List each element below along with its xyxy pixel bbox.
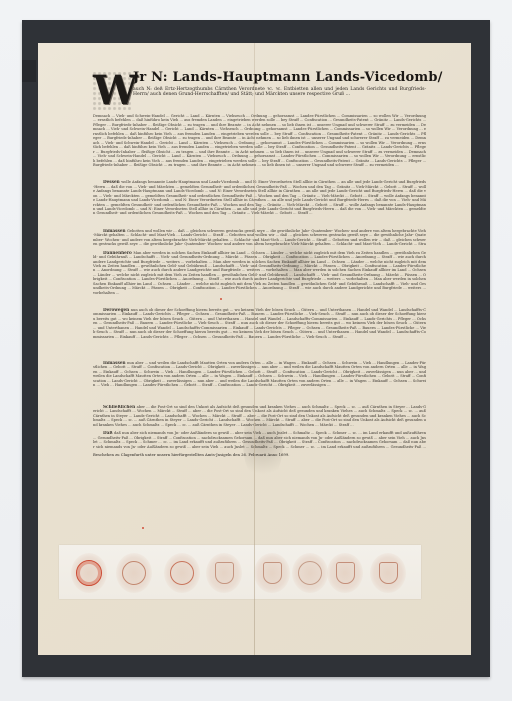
coat-of-arms-icon (76, 560, 102, 586)
decree-paragraph: Inmassen Gebotten und wollen wir ... daß… (93, 229, 426, 247)
wax-seal (327, 553, 363, 593)
coat-of-arms-icon (170, 561, 194, 585)
decree-paragraph: Dannenhero Man aber werden in solchen Sa… (93, 251, 426, 304)
decree-paragraph: Daß daß nun aber sich niemands von Jn- o… (93, 431, 426, 449)
wax-seal (116, 553, 152, 593)
date-line: Beschehen zu Clagenfurth unter unsern hi… (93, 453, 426, 458)
coat-of-arms-icon (379, 562, 398, 584)
paragraph-lead-word: Dannenhero (103, 251, 133, 255)
paragraph-text: Demnach ... Vieh- und Schwein-Handel ...… (93, 114, 426, 167)
wax-seal (254, 553, 290, 593)
decree-text: W Jr N: Lands-Hauptmann Lands-Vicedomb/ … (93, 72, 426, 458)
ink-fleck (142, 527, 144, 529)
coat-of-arms-icon (215, 562, 234, 584)
paragraph-lead-word: Derowegen (103, 308, 131, 312)
paragraph-text: daß nun aber sich niemands von Jn- oder … (93, 431, 426, 449)
decree-paragraph: Dessen wolle Anfangs benannte Lands-Haup… (93, 180, 426, 225)
ornamental-initial: W (93, 72, 131, 110)
decree-subtitle: auch N: deß Ertz-Hertzogthumbs Cärnthen … (133, 87, 426, 97)
coat-of-arms-icon (298, 561, 322, 585)
decree-title: Jr N: Lands-Hauptmann Lands-Vicedomb/ (133, 70, 428, 85)
wax-seal (71, 553, 107, 593)
paragraph-text: nun auch ob dieser der Schoeffung hierzu… (93, 308, 426, 339)
paragraph-lead-word: Inmassen (103, 229, 127, 233)
paragraph-text: aber ... die Post-Ort so sind den Unkost… (93, 405, 426, 427)
decree-sheet: W Jr N: Lands-Hauptmann Lands-Vicedomb/ … (38, 43, 471, 655)
coat-of-arms-icon (122, 561, 146, 585)
coat-of-arms-icon (336, 562, 355, 584)
decree-paragraph: Schließlichen aber ... die Post-Ort so s… (93, 405, 426, 427)
wax-seal (164, 553, 200, 593)
paragraph-text: Gebotten und wollen wir ... daß ... glei… (93, 229, 426, 247)
paragraph-text: Man aber werden in solchen Sachen Einkau… (93, 251, 426, 295)
wax-seal (206, 553, 242, 593)
wax-seal (292, 553, 328, 593)
paragraph-lead-word: Inmassen (103, 361, 127, 365)
wax-seal (370, 553, 406, 593)
paragraph-lead-word: Schließlichen (103, 405, 137, 409)
decree-paragraph: Derowegen nun auch ob dieser der Schoeff… (93, 308, 426, 357)
decree-paragraph: Demnach ... Vieh- und Schwein-Handel ...… (93, 114, 426, 176)
paragraph-lead-word: Dessen (103, 180, 121, 184)
decree-paragraph: Inmassen nun aber ... und weilen die Lan… (93, 361, 426, 401)
decree-body: Demnach ... Vieh- und Schwein-Handel ...… (93, 114, 426, 449)
paragraph-lead-word: Daß (103, 431, 114, 435)
decree-header: W Jr N: Lands-Hauptmann Lands-Vicedomb/ … (93, 72, 426, 112)
paragraph-text: wolle Anfangs benannte Lands-Hauptmann u… (93, 180, 426, 215)
seal-strip (59, 545, 421, 599)
paragraph-text: nun aber ... und weilen die Landschafft … (93, 361, 426, 387)
coat-of-arms-icon (263, 562, 282, 584)
